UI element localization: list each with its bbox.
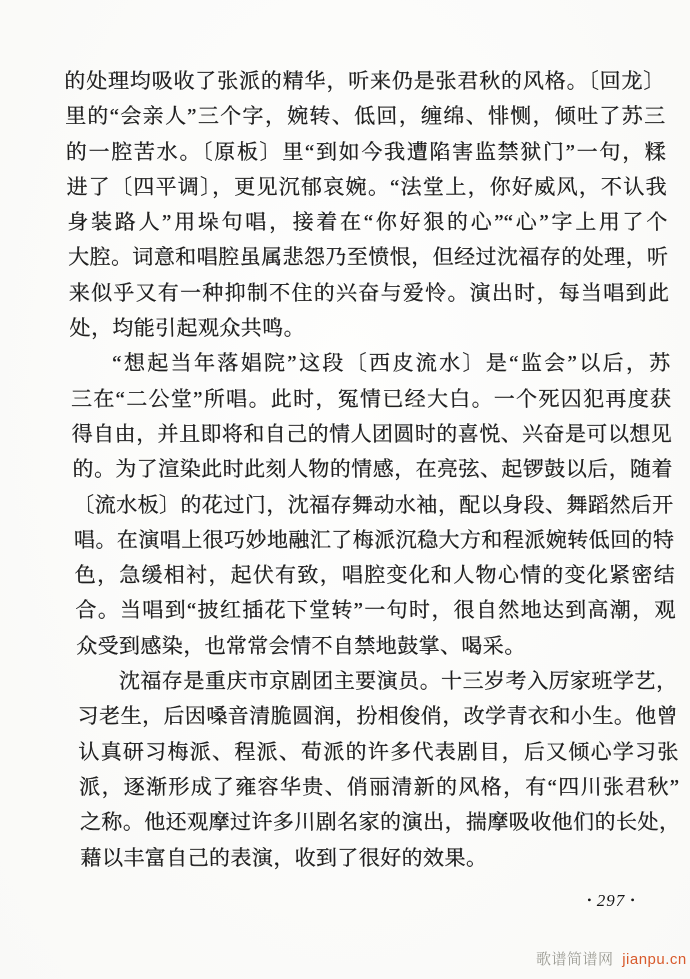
text-line: 的。为了渲染此时此刻人物的情感，在亮弦、起锣鼓以后，随着 bbox=[72, 452, 673, 487]
text-line: 大腔。词意和唱腔虽属悲怨乃至愤恨，但经过沈福存的处理，听 bbox=[68, 240, 669, 275]
watermark-site-url: jianpu.cn bbox=[622, 951, 687, 968]
text-line: 认真研习梅派、程派、荀派的许多代表剧目，后又倾心学习张 bbox=[78, 735, 679, 770]
text-line: 的一腔苦水。〔原板〕里“到如今我遭陷害监禁狱门”一句，糅 bbox=[65, 135, 666, 170]
text-line: 〔流水板〕的花过门，沈福存舞动水袖，配以身段、舞蹈然后开 bbox=[73, 488, 674, 523]
text-line: 得自由，并且即将和自己的情人团圆时的喜悦、兴奋是可以想见 bbox=[71, 417, 672, 452]
text-line: 派，逐渐形成了雍容华贵、俏丽清新的风格，有“四川张君秋” bbox=[79, 770, 680, 805]
book-page: 的处理均吸收了张派的精华，听来仍是张君秋的风格。〔回龙〕里的“会亲人”三个字，婉… bbox=[0, 0, 690, 979]
text-line: 身装路人”用垛句唱，接着在“你好狠的心”“心”字上用了个 bbox=[67, 205, 668, 240]
text-line: 三在“二公堂”所唱。此时，冤情已经大白。一个死囚犯再度获 bbox=[71, 382, 672, 417]
page-number-value: 297 bbox=[597, 891, 626, 910]
text-line: 习老生，后因嗓音清脆圆润，扮相俊俏，改学青衣和小生。他曾 bbox=[77, 699, 678, 734]
text-line: 色，急缓相衬，起伏有致，唱腔变化和人物心情的变化紧密结 bbox=[74, 558, 675, 593]
text-line: 合。当唱到“披红插花下堂转”一句时，很自然地达到高潮，观 bbox=[75, 593, 676, 628]
text-line: 里的“会亲人”三个字，婉转、低回，缠绵、悱恻，倾吐了苏三 bbox=[65, 99, 666, 134]
page-number-left-bullet-icon: • bbox=[587, 893, 591, 907]
page-text-block: 的处理均吸收了张派的精华，听来仍是张君秋的风格。〔回龙〕里的“会亲人”三个字，婉… bbox=[64, 64, 681, 876]
page-number-right-bullet-icon: • bbox=[631, 893, 635, 907]
watermark-site-name: 歌谱简谱网 bbox=[536, 951, 614, 968]
watermark: 歌谱简谱网 jianpu.cn bbox=[536, 948, 687, 969]
text-line: 来似乎又有一种抑制不住的兴奋与爱怜。演出时，每当唱到此 bbox=[68, 276, 669, 311]
text-line: 处，均能引起观众共鸣。 bbox=[69, 311, 670, 346]
text-line: 藉以丰富自己的表演，收到了很好的效果。 bbox=[80, 841, 681, 876]
text-line: 沈福存是重庆市京剧团主要演员。十三岁考入厉家班学艺， bbox=[77, 664, 678, 699]
text-line: 的处理均吸收了张派的精华，听来仍是张君秋的风格。〔回龙〕 bbox=[64, 64, 665, 99]
text-line: 众受到感染，也常常会情不自禁地鼓掌、喝采。 bbox=[76, 629, 677, 664]
page-number: • 297 • bbox=[578, 891, 644, 911]
text-line: “想起当年落娼院”这段〔西皮流水〕是“监会”以后，苏 bbox=[70, 346, 671, 381]
text-line: 之称。他还观摩过许多川剧名家的演出，揣摩吸收他们的长处， bbox=[80, 805, 681, 840]
text-line: 进了〔四平调〕，更见沉郁哀婉。“法堂上，你好威风，不认我 bbox=[66, 170, 667, 205]
text-line: 唱。在演唱上很巧妙地融汇了梅派沉稳大方和程派婉转低回的特 bbox=[74, 523, 675, 558]
